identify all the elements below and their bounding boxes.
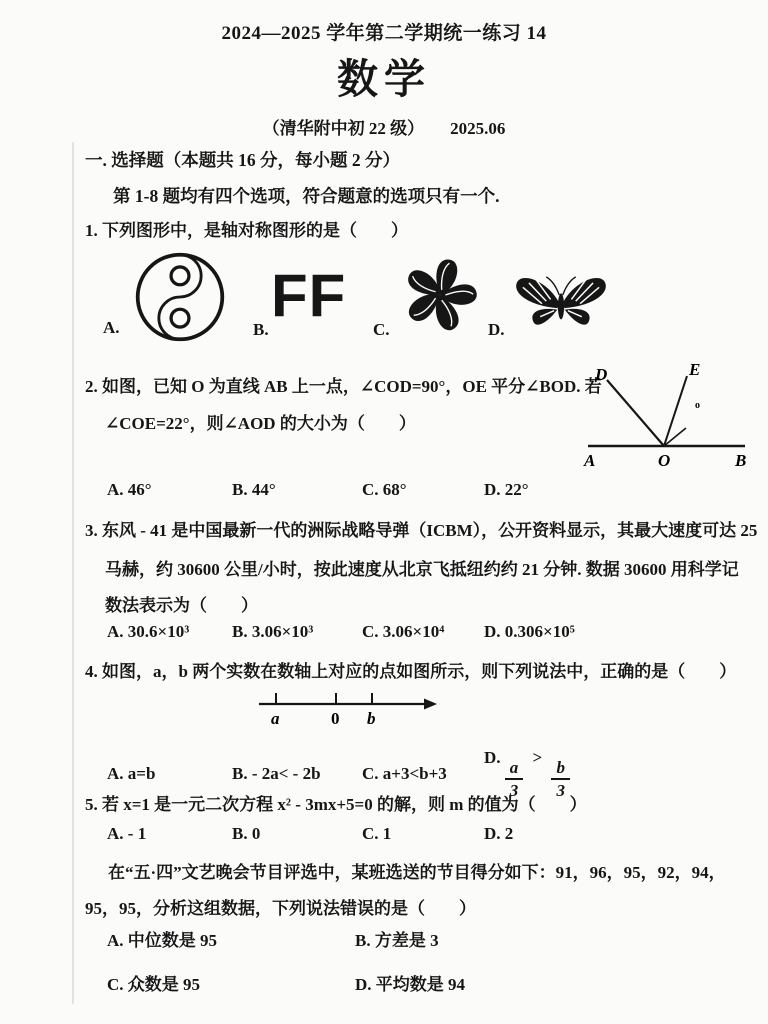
q5-option-b: B. 0: [232, 824, 362, 844]
q6-option-b: B. 方差是 3: [355, 926, 727, 951]
q4-option-a: A. a=b: [107, 764, 232, 784]
question-6-line-2: 95，95，分析这组数据，下列说法错误的是（ ）: [85, 894, 476, 919]
numberline-b-label: b: [367, 709, 376, 728]
question-3-line-1: 3. 东风 - 41 是中国最新一代的洲际战略导弹（ICBM），公开资料显示，其…: [85, 516, 757, 541]
option-a-label: A.: [103, 318, 120, 338]
option-b-label: B.: [253, 320, 269, 340]
paper-date: 2025.06: [450, 119, 505, 138]
bauhinia-flower-icon: [397, 252, 483, 338]
q4-option-d-label: D.: [484, 748, 501, 767]
q5-option-c: C. 1: [362, 824, 484, 844]
numberline-zero-label: 0: [331, 709, 340, 728]
question-2-line-2: ∠COE=22°，则∠AOD 的大小为（ ）: [105, 409, 416, 434]
question-4-number-line: a 0 b: [256, 688, 438, 730]
exam-paper-page: 2024—2025 学年第二学期统一练习 14 数学 （清华附中初 22 级）2…: [0, 0, 768, 1024]
svg-text:E: E: [688, 362, 700, 379]
greater-than-sign: >: [533, 748, 543, 768]
scan-edge-line: [72, 142, 74, 1004]
paper-title: 数学: [0, 46, 768, 105]
numberline-a-label: a: [271, 709, 280, 728]
q3-option-d: D. 0.306×10⁵: [484, 622, 727, 642]
q2-option-b: B. 44°: [232, 480, 362, 500]
double-f-letters: FF: [271, 266, 346, 326]
question-2-line-1: 2. 如图，已知 O 为直线 AB 上一点，∠COD=90°，OE 平分∠BOD…: [85, 372, 602, 397]
question-5-options: A. - 1 B. 0 C. 1 D. 2: [75, 824, 727, 844]
q6-option-a: A. 中位数是 95: [107, 926, 355, 951]
question-6-line-1: 在“五·四”文艺晚会节目评选中，某班选送的节目得分如下：91，96，95，92，…: [108, 858, 726, 883]
question-1-text: 1. 下列图形中，是轴对称图形的是（ ）: [85, 216, 408, 241]
q4-option-c: C. a+3<b+3: [362, 764, 484, 784]
section-1-note: 第 1-8 题均有四个选项，符合题意的选项只有一个.: [113, 183, 499, 208]
q5-option-d: D. 2: [484, 824, 727, 844]
butterfly-icon: [509, 270, 613, 334]
question-2-angle-figure: D E o A O B: [583, 362, 753, 472]
q2-option-d: D. 22°: [484, 480, 727, 500]
section-1-heading: 一. 选择题（本题共 16 分，每小题 2 分）: [85, 147, 400, 172]
yinyang-icon: [133, 250, 227, 344]
option-c-label: C.: [373, 320, 390, 340]
question-2-options: A. 46° B. 44° C. 68° D. 22°: [75, 480, 727, 500]
option-d-label: D.: [488, 320, 505, 340]
q3-option-b: B. 3.06×10³: [232, 622, 362, 642]
question-6-options: A. 中位数是 95 B. 方差是 3 C. 众数是 95 D. 平均数是 94: [75, 926, 727, 995]
question-1-figures: A. B. FF C. D.: [85, 244, 705, 350]
question-3-line-3: 数法表示为（ ）: [105, 591, 258, 616]
question-3-line-2: 马赫，约 30600 公里/小时，按此速度从北京飞抵纽约约 21 分钟. 数据 …: [105, 555, 739, 580]
q6-option-d: D. 平均数是 94: [355, 970, 727, 995]
svg-text:O: O: [658, 451, 670, 470]
school-grade-label: （清华附中初 22 级）: [263, 119, 425, 138]
q3-option-c: C. 3.06×10⁴: [362, 622, 484, 642]
q4-option-b: B. - 2a< - 2b: [232, 764, 362, 784]
svg-text:D: D: [594, 365, 607, 384]
svg-text:o: o: [695, 400, 700, 411]
q5-option-a: A. - 1: [107, 824, 232, 844]
question-3-options: A. 30.6×10³ B. 3.06×10³ C. 3.06×10⁴ D. 0…: [75, 622, 727, 642]
svg-text:B: B: [734, 451, 746, 470]
paper-header-line: 2024—2025 学年第二学期统一练习 14: [0, 18, 768, 45]
svg-text:A: A: [583, 451, 595, 470]
paper-subtitle: （清华附中初 22 级）2025.06: [0, 114, 768, 139]
question-4-text: 4. 如图，a，b 两个实数在数轴上对应的点如图所示，则下列说法中，正确的是（ …: [85, 657, 736, 682]
question-5-text: 5. 若 x=1 是一元二次方程 x² - 3mx+5=0 的解，则 m 的值为…: [85, 790, 587, 815]
q2-option-c: C. 68°: [362, 480, 484, 500]
q6-option-c: C. 众数是 95: [107, 970, 355, 995]
q3-option-a: A. 30.6×10³: [107, 622, 232, 642]
q2-option-a: A. 46°: [107, 480, 232, 500]
